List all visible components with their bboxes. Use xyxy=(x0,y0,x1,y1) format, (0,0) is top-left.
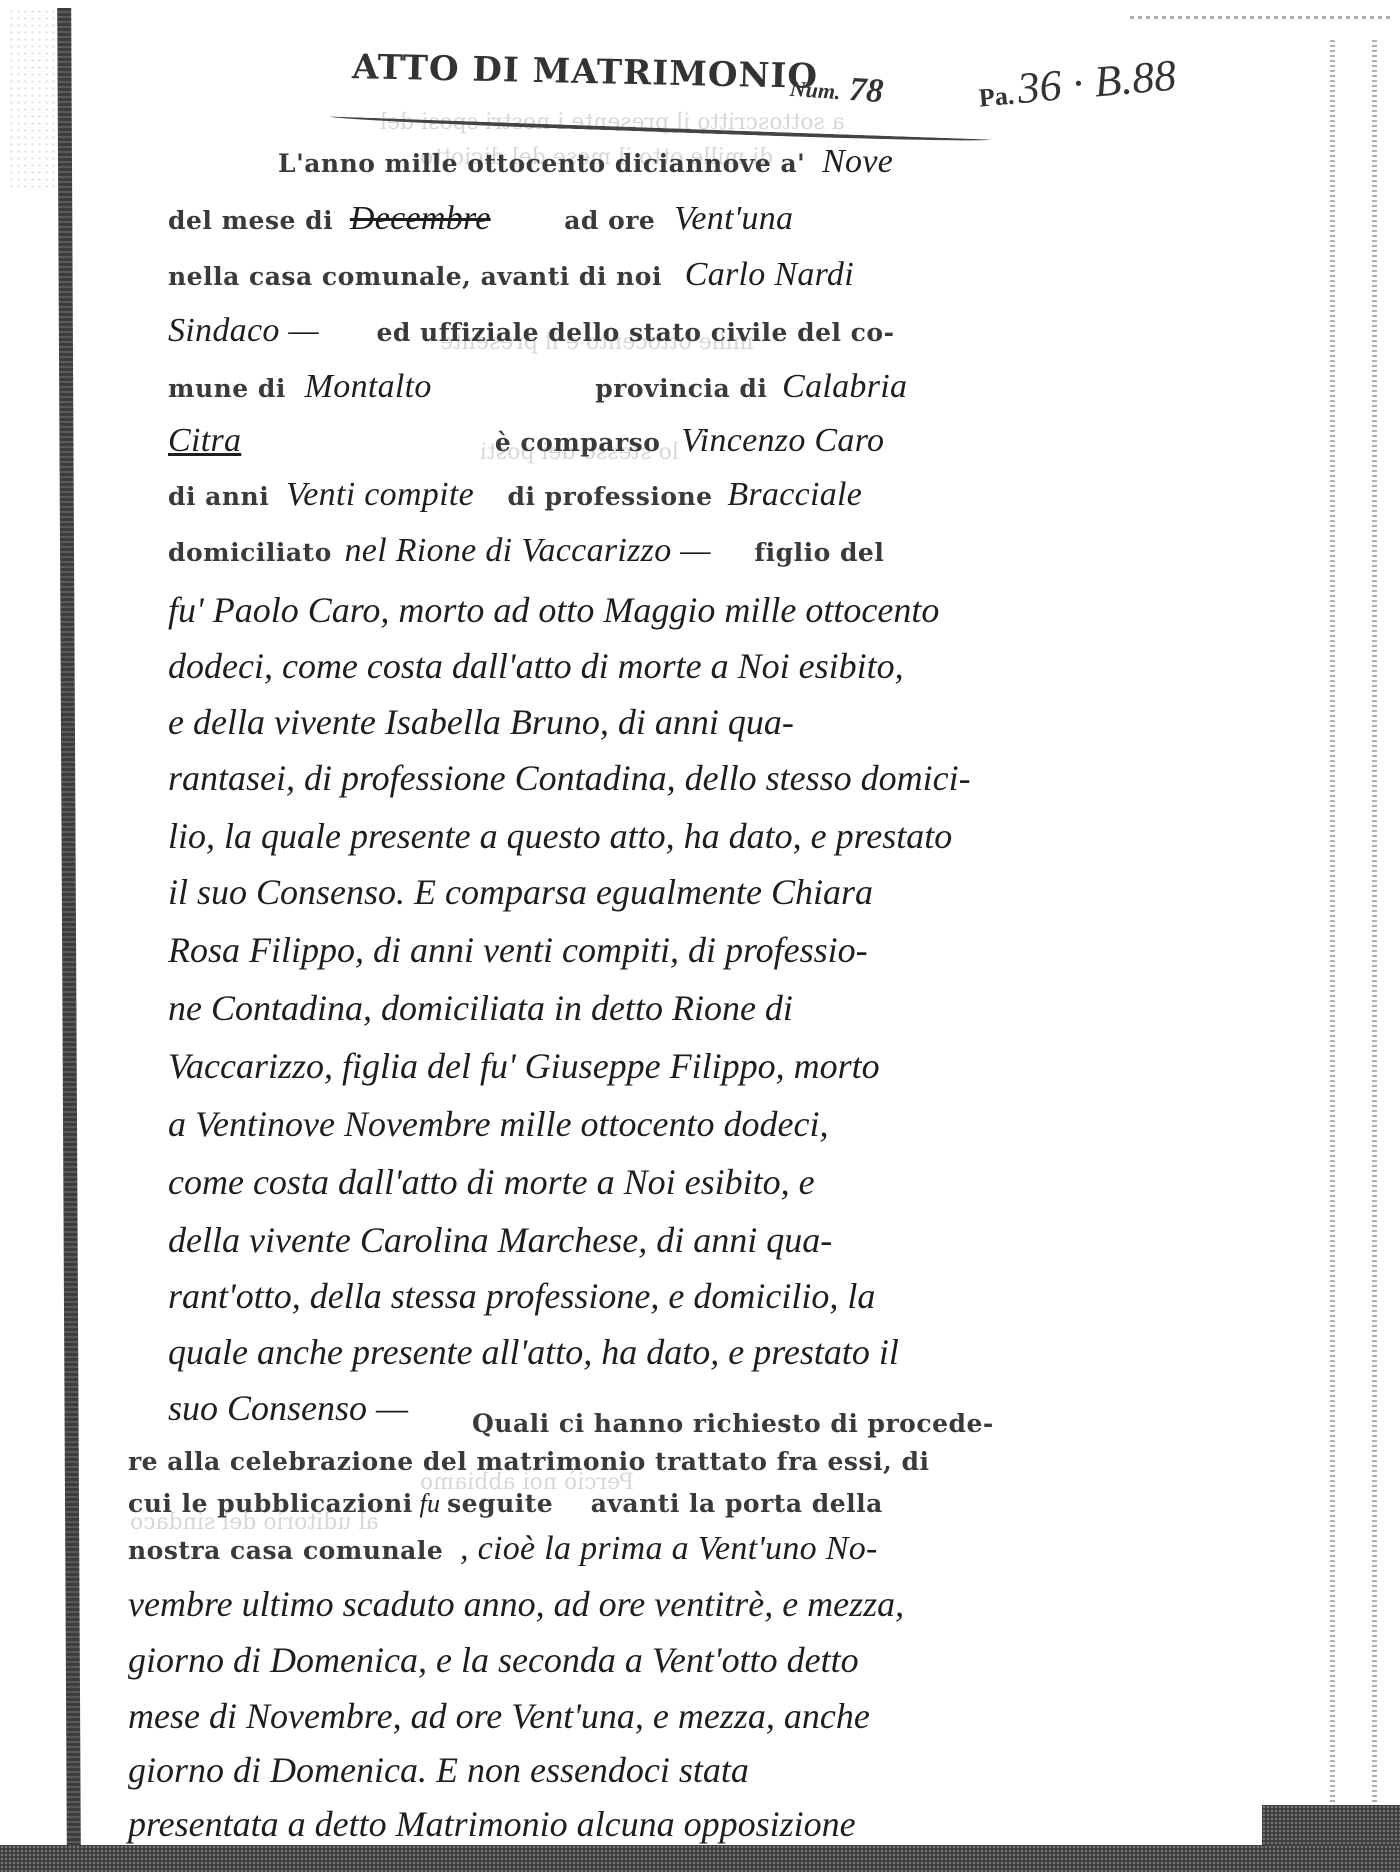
form-line-domicile: domiciliato nel Rione di Vaccarizzo — fi… xyxy=(168,534,884,568)
document-page: a sottoscritto il presente i nostri spos… xyxy=(0,0,1400,1872)
handwritten-line: rant'otto, della stessa professione, e d… xyxy=(168,1278,875,1314)
binding-edge xyxy=(57,8,81,1848)
handwritten-line: giorno di Domenica, e la seconda a Vent'… xyxy=(128,1642,859,1678)
handwritten-line: Rosa Filippo, di anni venti compiti, di … xyxy=(168,932,868,968)
handwritten-line: dodeci, come costa dall'atto di morte a … xyxy=(168,648,904,684)
handwritten-line: ne Contadina, domiciliata in detto Rione… xyxy=(168,990,793,1026)
handwritten-line: a Ventinove Novembre mille ottocento dod… xyxy=(168,1106,828,1142)
handwritten-line: rantasei, di professione Contadina, dell… xyxy=(168,760,971,796)
handwritten-line: vembre ultimo scaduto anno, ad ore venti… xyxy=(128,1586,904,1622)
form-line-commune: mune di Montalto provincia di Calabria xyxy=(168,370,907,404)
handwritten-line: giorno di Domenica. E non essendoci stat… xyxy=(128,1752,749,1788)
page-right-edge xyxy=(1330,40,1335,1840)
handwritten-line: e della vivente Isabella Bruno, di anni … xyxy=(168,704,794,740)
handwritten-line: il suo Consenso. E comparsa egualmente C… xyxy=(168,874,873,910)
printed-line: cui le pubblicazioni fu seguite avanti l… xyxy=(128,1490,883,1517)
handwritten-line: della vivente Carolina Marchese, di anni… xyxy=(168,1222,832,1258)
handwritten-line: suo Consenso — xyxy=(168,1390,408,1426)
page-right-edge-outer xyxy=(1372,40,1377,1840)
handwritten-line: fu' Paolo Caro, morto ad otto Maggio mil… xyxy=(168,592,939,628)
scan-speckle xyxy=(8,8,56,188)
reference-number: Pa.36 · B.88 xyxy=(976,49,1178,117)
form-line-officer: Sindaco — ed uffiziale dello stato civil… xyxy=(168,314,894,348)
form-line-month: del mese di Decembre ad ore Vent'una xyxy=(168,202,793,236)
form-line-year: L'anno mille ottocento diciannove a' Nov… xyxy=(278,145,893,179)
handwritten-line: lio, la quale presente a questo atto, ha… xyxy=(168,818,952,854)
handwritten-line: mese di Novembre, ad ore Vent'una, e mez… xyxy=(128,1698,870,1734)
form-line-location: nella casa comunale, avanti di noi Carlo… xyxy=(168,258,854,292)
form-line-groom: Citra è comparso Vincenzo Caro xyxy=(168,424,884,458)
handwritten-line: quale anche presente all'atto, ha dato, … xyxy=(168,1334,899,1370)
form-line-age: di anni Venti compite di professione Bra… xyxy=(168,478,862,512)
printed-line: Quali ci hanno richiesto di procede- xyxy=(472,1410,994,1437)
act-number: Num. 78 xyxy=(789,67,885,111)
document-title: ATTO DI MATRIMONIO xyxy=(352,47,819,97)
handwritten-line: Vaccarizzo, figlia del fu' Giuseppe Fili… xyxy=(168,1048,880,1084)
scan-border-step xyxy=(1262,1805,1400,1845)
handwritten-line: come costa dall'atto di morte a Noi esib… xyxy=(168,1164,815,1200)
handwritten-line: presentata a detto Matrimonio alcuna opp… xyxy=(128,1806,856,1842)
printed-line: re alla celebrazione del matrimonio trat… xyxy=(128,1448,929,1475)
page-top-edge xyxy=(1130,16,1390,19)
scan-border-bottom xyxy=(0,1845,1400,1872)
printed-line: nostra casa comunale , cioè la prima a V… xyxy=(128,1532,878,1566)
